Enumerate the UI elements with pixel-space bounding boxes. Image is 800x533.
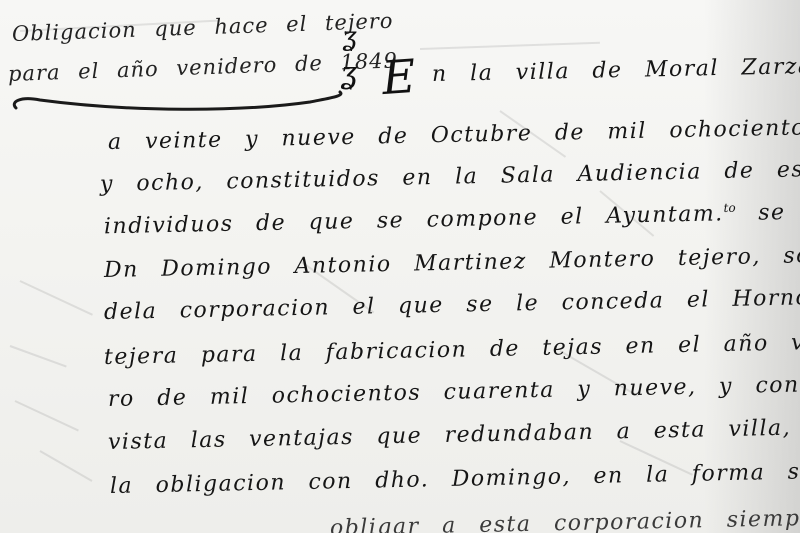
initial-letter: E: [380, 49, 417, 105]
body-line-4-text: individuos de que se compone el Ayuntam.: [104, 201, 724, 239]
body-line-4: individuos de que se compone el Ayuntam.…: [104, 197, 800, 239]
heading-underline-flourish: [10, 88, 355, 116]
body-line-4-superscript: to: [723, 201, 735, 215]
bleed-through-stroke: [20, 280, 93, 316]
body-line-5: Dn Domingo Antonio Martinez Montero teje…: [104, 241, 800, 283]
bleed-through-stroke: [15, 400, 79, 431]
bleed-through-stroke: [10, 345, 67, 367]
body-line-1: n la villa de Moral Zarzal: [432, 54, 800, 87]
manuscript-page: Obligacion que hace el tejero para el añ…: [0, 0, 800, 533]
margin-symbol: ʓ: [340, 56, 357, 91]
margin-heading-line-1: Obligacion que hace el tejero: [12, 9, 394, 46]
body-line-2: a veinte y nueve de Octubre de mil ochoc…: [108, 112, 800, 155]
bleed-through-stroke: [40, 450, 93, 482]
body-line-9: vista las ventajas que redundaban a esta…: [108, 413, 800, 455]
bleed-through-stroke: [420, 42, 600, 50]
body-line-6: dela corporacion el que se le conceda el…: [104, 284, 800, 325]
body-line-3: y ocho, constituidos en la Sala Audienci…: [100, 154, 800, 197]
margin-symbol: ʓ: [342, 22, 357, 52]
body-line-11: obligar a esta corporacion siempre q.: [330, 505, 800, 533]
body-line-7: tejera para la fabricacion de tejas en e…: [104, 329, 800, 370]
body-line-10: la obligacion con dho. Domingo, en la fo…: [110, 457, 800, 499]
body-line-8: ro de mil ochocientos cuarenta y nueve, …: [108, 370, 800, 412]
body-line-4-text-after: se presentó: [735, 197, 800, 226]
